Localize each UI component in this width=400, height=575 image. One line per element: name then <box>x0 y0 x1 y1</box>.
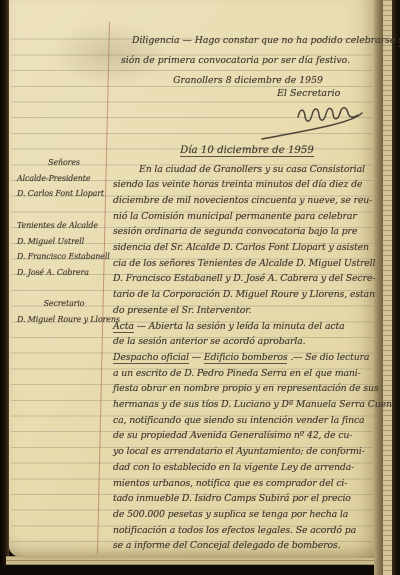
body-line: ca, notificando que siendo su intención … <box>113 413 379 429</box>
body-line: En la ciudad de Granollers y su casa Con… <box>113 162 379 178</box>
body-line: de su propiedad Avenida Generalísimo nº … <box>113 428 379 444</box>
body-line: sesión ordinaria de segunda convocatoria… <box>113 224 379 240</box>
notebook-page: Diligencia — Hago constar que no ha podi… <box>9 0 374 558</box>
page-edges-right <box>383 0 392 575</box>
session-heading-text: Día 10 diciembre de 1959 <box>180 145 314 157</box>
body-line: de 500.000 pesetas y suplica se tenga po… <box>113 507 379 523</box>
book-binding-left <box>0 0 9 575</box>
body-line: Despacho oficial — Edificio bomberos .— … <box>113 350 379 366</box>
margin-entry: D. José A. Cabrera <box>17 265 111 281</box>
body-line: D. Francisco Estabanell y D. José A. Cab… <box>113 271 379 287</box>
diligencia-line: sión de primera convocatoria por ser día… <box>121 51 373 71</box>
diligencia-line: Diligencia — Hago constar que no ha podi… <box>121 31 373 51</box>
body-line: siendo las veinte horas treinta minutos … <box>113 177 379 193</box>
session-body: En la ciudad de Granollers y su casa Con… <box>113 162 379 555</box>
body-line: cia de los señores Tenientes de Alcalde … <box>113 256 379 272</box>
body-line: nió la Comisión municipal permanente par… <box>113 209 379 225</box>
body-line: hermanas y de sus tíos D. Luciano y Dª M… <box>113 397 379 413</box>
margin-entry: D. Miguel Roure y Llorens <box>17 312 111 328</box>
body-line: notificación a todos los efectos legales… <box>113 523 379 539</box>
body-line: sidencia del Sr. Alcalde D. Carlos Font … <box>113 240 379 256</box>
body-line: dad con lo establecido en la vigente Ley… <box>113 460 379 476</box>
session-heading: Día 10 diciembre de 1959 <box>121 145 373 156</box>
scanned-minutes-page: Diligencia — Hago constar que no ha podi… <box>0 0 400 575</box>
body-line: mientos urbanos, notifica que es comprad… <box>113 476 379 492</box>
margin-entry: D. Miguel Ustrell <box>17 234 111 250</box>
margin-entry: Tenientes de Alcalde <box>17 218 111 234</box>
body-line: do presente el Sr. Interventor. <box>113 303 379 319</box>
diligencia-note: Diligencia — Hago constar que no ha podi… <box>121 31 373 91</box>
margin-notes: SeñoresAlcalde-PresidenteD. Carlos Font … <box>17 155 111 328</box>
margin-entry: D. Francisco Estabanell <box>17 249 111 265</box>
body-line: de la sesión anterior se acordó aprobarl… <box>113 334 379 350</box>
body-line: tado inmueble D. Isidro Camps Subirá por… <box>113 491 379 507</box>
secretary-signature <box>252 97 374 145</box>
diligencia-lines: Diligencia — Hago constar que no ha podi… <box>121 31 373 70</box>
scan-background-bottom <box>0 565 400 575</box>
scan-background-right <box>392 0 400 575</box>
body-line: diciembre de mil novecientos cincuenta y… <box>113 193 379 209</box>
body-line: Acta — Abierta la sesión y leída la minu… <box>113 319 379 335</box>
margin-entry: Alcalde-Presidente <box>17 171 111 187</box>
body-line: tario de la Corporación D. Miguel Roure … <box>113 287 379 303</box>
body-line: a un escrito de D. Pedro Pineda Serra en… <box>113 366 379 382</box>
body-line: se a informe del Concejal delegado de bo… <box>113 538 379 554</box>
margin-entry: D. Carlos Font Llopart <box>17 186 111 202</box>
body-line: yo local es arrendatario el Ayuntamiento… <box>113 444 379 460</box>
body-line: fiesta obrar en nombre propio y en repre… <box>113 381 379 397</box>
margin-entry: Señores <box>17 155 111 171</box>
margin-entry: Secretario <box>17 296 111 312</box>
